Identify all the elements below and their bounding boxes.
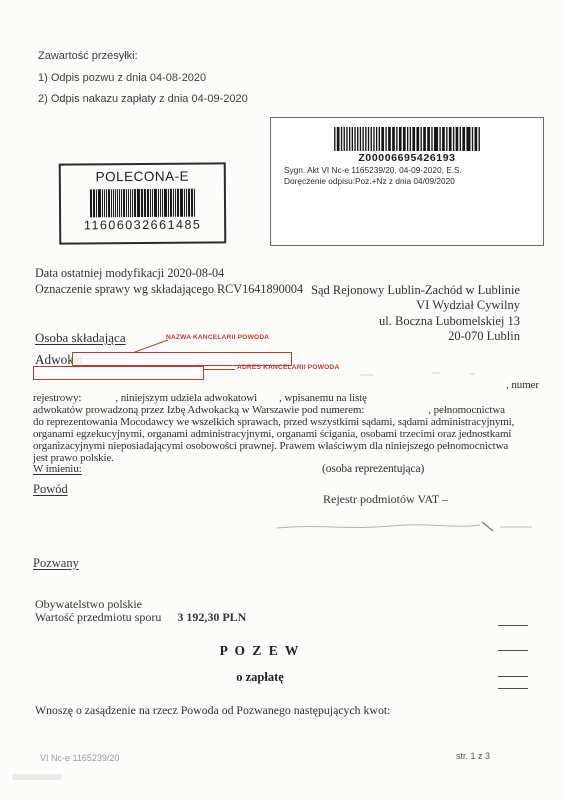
footer-case-number: VI Nc-e 1165239/20 <box>40 753 119 763</box>
court-name: Sąd Rejonowy Lublin-Zachód w Lublinie <box>311 283 520 298</box>
poa-line: do reprezentowania Mocodawcy we wszelkic… <box>33 416 514 428</box>
registered-mail-label: POLECONA-E 11606032661485 <box>59 162 227 244</box>
shipment-contents-title: Zawartość przesyłki: <box>38 50 138 62</box>
footer-page-number: str. 1 z 3 <box>456 751 490 761</box>
claim-subtitle: o zapłatę <box>0 670 520 685</box>
shipment-item: 2) Odpis nakazu zapłaty z dnia 04-09-202… <box>38 93 248 105</box>
redaction-box-firm-address <box>33 366 204 380</box>
dispute-value-line: Wartość przedmiotu sporu 3 192,30 PLN <box>35 610 246 625</box>
dispute-value-label: Wartość przedmiotu sporu <box>35 610 161 624</box>
scan-artifact <box>360 374 374 376</box>
in-behalf-label: W imieniu: <box>33 463 82 475</box>
case-signature-line: Sygn. Akt VI Nc-e 1165239/20, 04-09-2020… <box>284 165 462 175</box>
poa-line: organizacyjnymi nieposiadającymi osobowo… <box>33 440 508 452</box>
poa-line: adwokatów prowadzoną przez Izbę Adwokack… <box>33 404 505 416</box>
poa-line: rejestrowy:, niniejszym udziela adwokato… <box>33 392 367 404</box>
dispute-value-amount: 3 192,30 PLN <box>177 610 246 624</box>
poa-text: adwokatów prowadzoną przez Izbę Adwokack… <box>33 404 364 416</box>
last-modified-date: Data ostatniej modyfikacji 2020-08-04 <box>35 266 224 281</box>
registered-mail-number: 11606032661485 <box>61 217 224 232</box>
poa-text: rejestrowy: <box>33 392 81 404</box>
delivery-barcode-number: Z00006695426193 <box>271 152 543 164</box>
registered-mail-barcode <box>61 188 224 217</box>
annotation-pointer-line <box>204 369 235 370</box>
court-street: ul. Boczna Lubomelskiej 13 <box>311 314 520 329</box>
delivery-barcode <box>223 127 565 151</box>
case-designation: Oznaczenie sprawy wg składającego RCV164… <box>35 282 303 297</box>
poa-text: , niniejszym udziela adwokatowi <box>115 392 257 404</box>
representative-label: (osoba reprezentująca) <box>322 463 424 475</box>
delivery-note-line: Doręczenie odpisu:Poz.+Nz z dnia 04/09/2… <box>284 176 455 186</box>
margin-dash <box>498 676 528 677</box>
delivery-slip: Z00006695426193 Sygn. Akt VI Nc-e 116523… <box>270 117 544 246</box>
margin-dash <box>498 650 528 651</box>
registered-mail-type: POLECONA-E <box>61 168 224 184</box>
scan-artifact <box>470 373 475 375</box>
annotation-firm-name: NAZWA KANCELARII POWODA <box>166 334 269 341</box>
shipment-item: 1) Odpis pozwu z dnia 04-08-2020 <box>38 72 206 84</box>
court-city: 20-070 Lublin <box>311 329 520 344</box>
court-address: Sąd Rejonowy Lublin-Zachód w Lublinie VI… <box>311 283 520 345</box>
vat-register-label: Rejestr podmiotów VAT – <box>323 492 448 507</box>
defendant-heading: Pozwany <box>33 556 79 571</box>
annotation-firm-address: ADRES KANCELARII POWODA <box>237 364 339 371</box>
poa-line: organami egzekucyjnymi, organami adminis… <box>33 428 511 440</box>
margin-dash <box>498 625 528 626</box>
scanned-court-document: Zawartość przesyłki: 1) Odpis pozwu z dn… <box>0 0 565 800</box>
scan-smudge <box>12 774 62 780</box>
court-division: VI Wydział Cywilny <box>311 298 520 313</box>
poa-line: , numer <box>506 379 539 391</box>
poa-text: , wpisanemu na listę <box>279 392 367 404</box>
claim-request-line: Wnoszę o zasądzenie na rzecz Powoda od P… <box>35 703 390 718</box>
margin-dash <box>498 688 528 689</box>
claim-title: P O Z E W <box>0 643 520 659</box>
scan-squiggle <box>275 516 540 540</box>
scan-artifact <box>432 372 440 374</box>
poa-text: , pełnomocnictwa <box>428 404 505 416</box>
plaintiff-heading: Powód <box>33 482 68 497</box>
submitter-heading: Osoba składająca <box>35 330 126 346</box>
